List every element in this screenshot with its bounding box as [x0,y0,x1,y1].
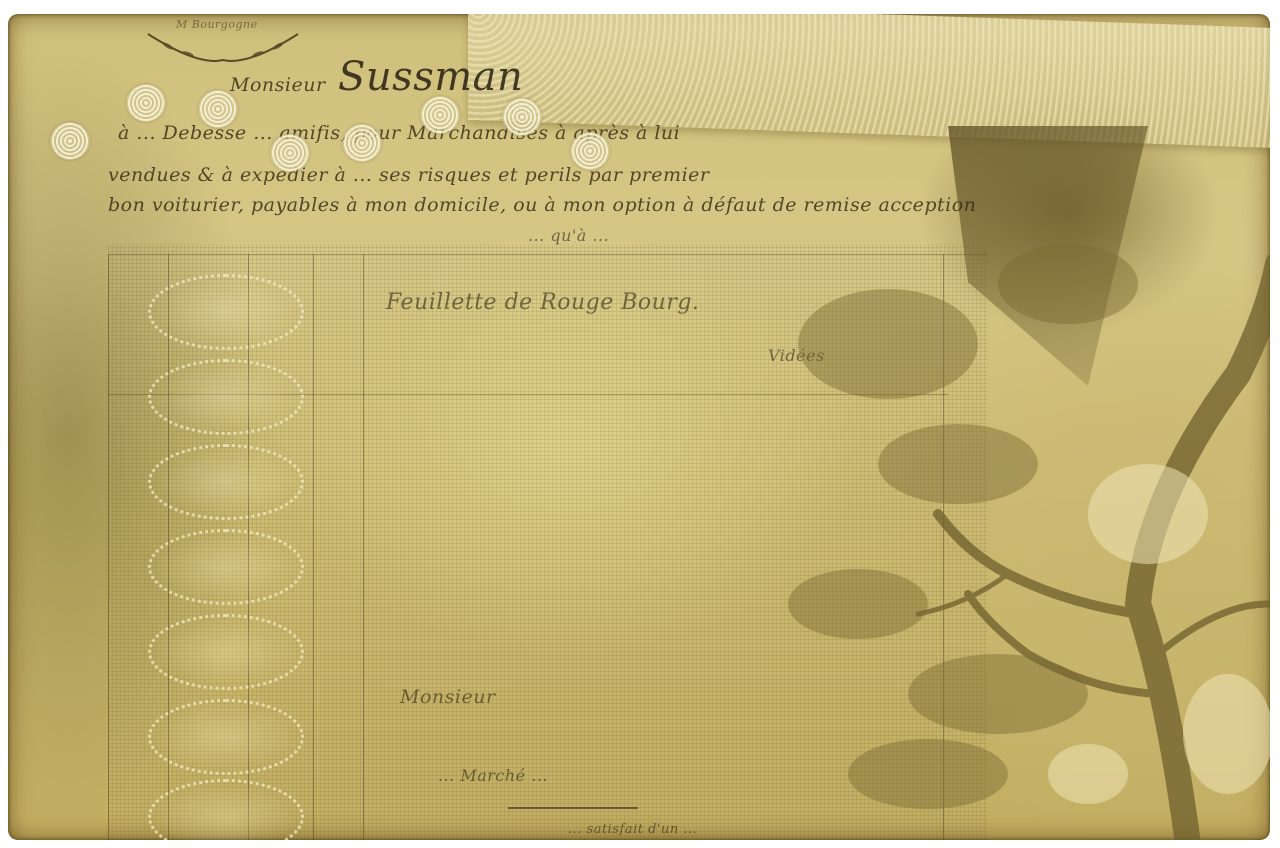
lace-flower [570,132,610,170]
lace-flower [126,84,166,122]
handwriting-line-5: ... qu'à ... [528,226,609,245]
tree-illustration [768,134,1270,840]
lower-note: Monsieur [400,686,496,708]
lace-medallions [108,274,368,834]
table-entry: Feuillette de Rouge Bourg. [386,290,699,315]
lace-flower [420,96,460,134]
lower-line-1: ... Marché ... [438,766,548,785]
lace-flower [502,98,542,136]
salutation: Monsieur [230,74,326,96]
lace-flower [270,134,310,172]
handwriting-line-3: vendues & à expedier à ... ses risques e… [108,164,709,186]
recipient-name: Sussman [338,54,523,100]
lace-flower [342,124,382,162]
header-mark: M Bourgogne [176,18,258,31]
vintage-collage: M Bourgogne Monsieur Sussman à ... Debes… [8,14,1270,840]
laurel-wreath-icon [138,26,308,66]
lace-flower [198,90,238,128]
lower-line-2: ... satisfait d'un ... [568,822,697,837]
lace-flower [50,122,90,160]
underline-stroke [508,807,638,809]
